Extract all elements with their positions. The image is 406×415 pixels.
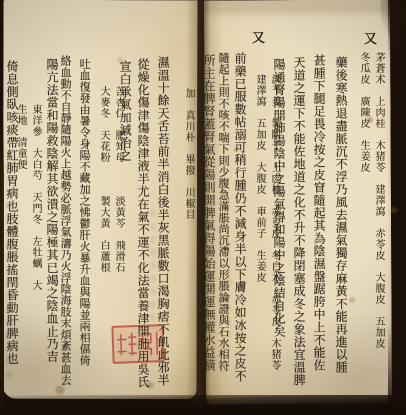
case-column: 前藥已服數帖溺可稍行腫仍不減身半以下膚冷如冰按之皮不: [231, 52, 248, 382]
case-column: 隨起上則不咳不喘下則少腹急滿脹尚沉滯以形脹論證與石水相符: [215, 52, 232, 371]
herb-list: 加 真川朴 畢撥 川椒目: [180, 88, 196, 263]
herb-list: 苦杏仁 肥知母 大麥冬 天花粉: [92, 86, 126, 184]
table-shadow: [0, 395, 406, 415]
herb-list: 淡黃芩 飛滑石 製大黃 白蘆根: [92, 196, 126, 294]
case-column: 甚腫下腿足畏冷按之皮窅隨起其為陰濕盤踞胯中上不能佐: [310, 54, 327, 372]
case-column: 陽亢法當和陽救陰解其欲潰之陽極其已竭之陰血止乃吉: [43, 58, 60, 363]
case-column: 所主在脾腎蓋腎氣從陽則開脾氣得陽始運開運無權水益橫: [200, 54, 217, 372]
corner-shadow: [380, 0, 406, 56]
entry-marker: 又: [252, 27, 265, 46]
entry-marker: 又: [364, 28, 377, 47]
case-column: 藥後寒熱退盡脈沉不浮乃風去濕氣獨存麻黃不能再進以腫: [332, 56, 349, 374]
herb-list: 淡干姜 製附子 上肉桂 赤豆皮 冬白术 赤苓皮 木猪苓 建澤瀉 五加皮 大腹皮 …: [246, 74, 282, 374]
edge-shadow: [388, 0, 406, 415]
case-column: 吐血復發由暑令身陽不藏加之怫鬱肝火暴升血與陽並兩相偪倚: [76, 58, 93, 366]
case-column: 天道之運下不能佐地道之化不升不降閉塞成冬之象法宜溫脾: [290, 56, 307, 386]
case-column: 從燥化傷津傷陰津液半尤在氣不運不化法當養津開肺用吳氏: [134, 58, 151, 388]
book-cover-edge: [0, 118, 4, 415]
case-column: 倚息側臥咳痰帶紅肺胃病也肢體腹脹搖閇昏動肝脾病也: [3, 60, 20, 365]
herb-list: 茅蒼术 上肉桂 木猪苓 建澤瀉 赤苓皮 大腹皮 五加皮 冬瓜皮 廣陳皮 生姜皮: [348, 52, 386, 364]
case-column: 濕溫十餘天舌苔前半消白後半灰黑脈數口渴胸痞不飢此邪半: [154, 56, 171, 386]
manuscript-photo: 又 茅蒼术 上肉桂 木猪苓 建澤瀉 赤苓皮 大腹皮 五加皮 冬瓜皮 廣陳皮 生姜…: [0, 0, 406, 415]
